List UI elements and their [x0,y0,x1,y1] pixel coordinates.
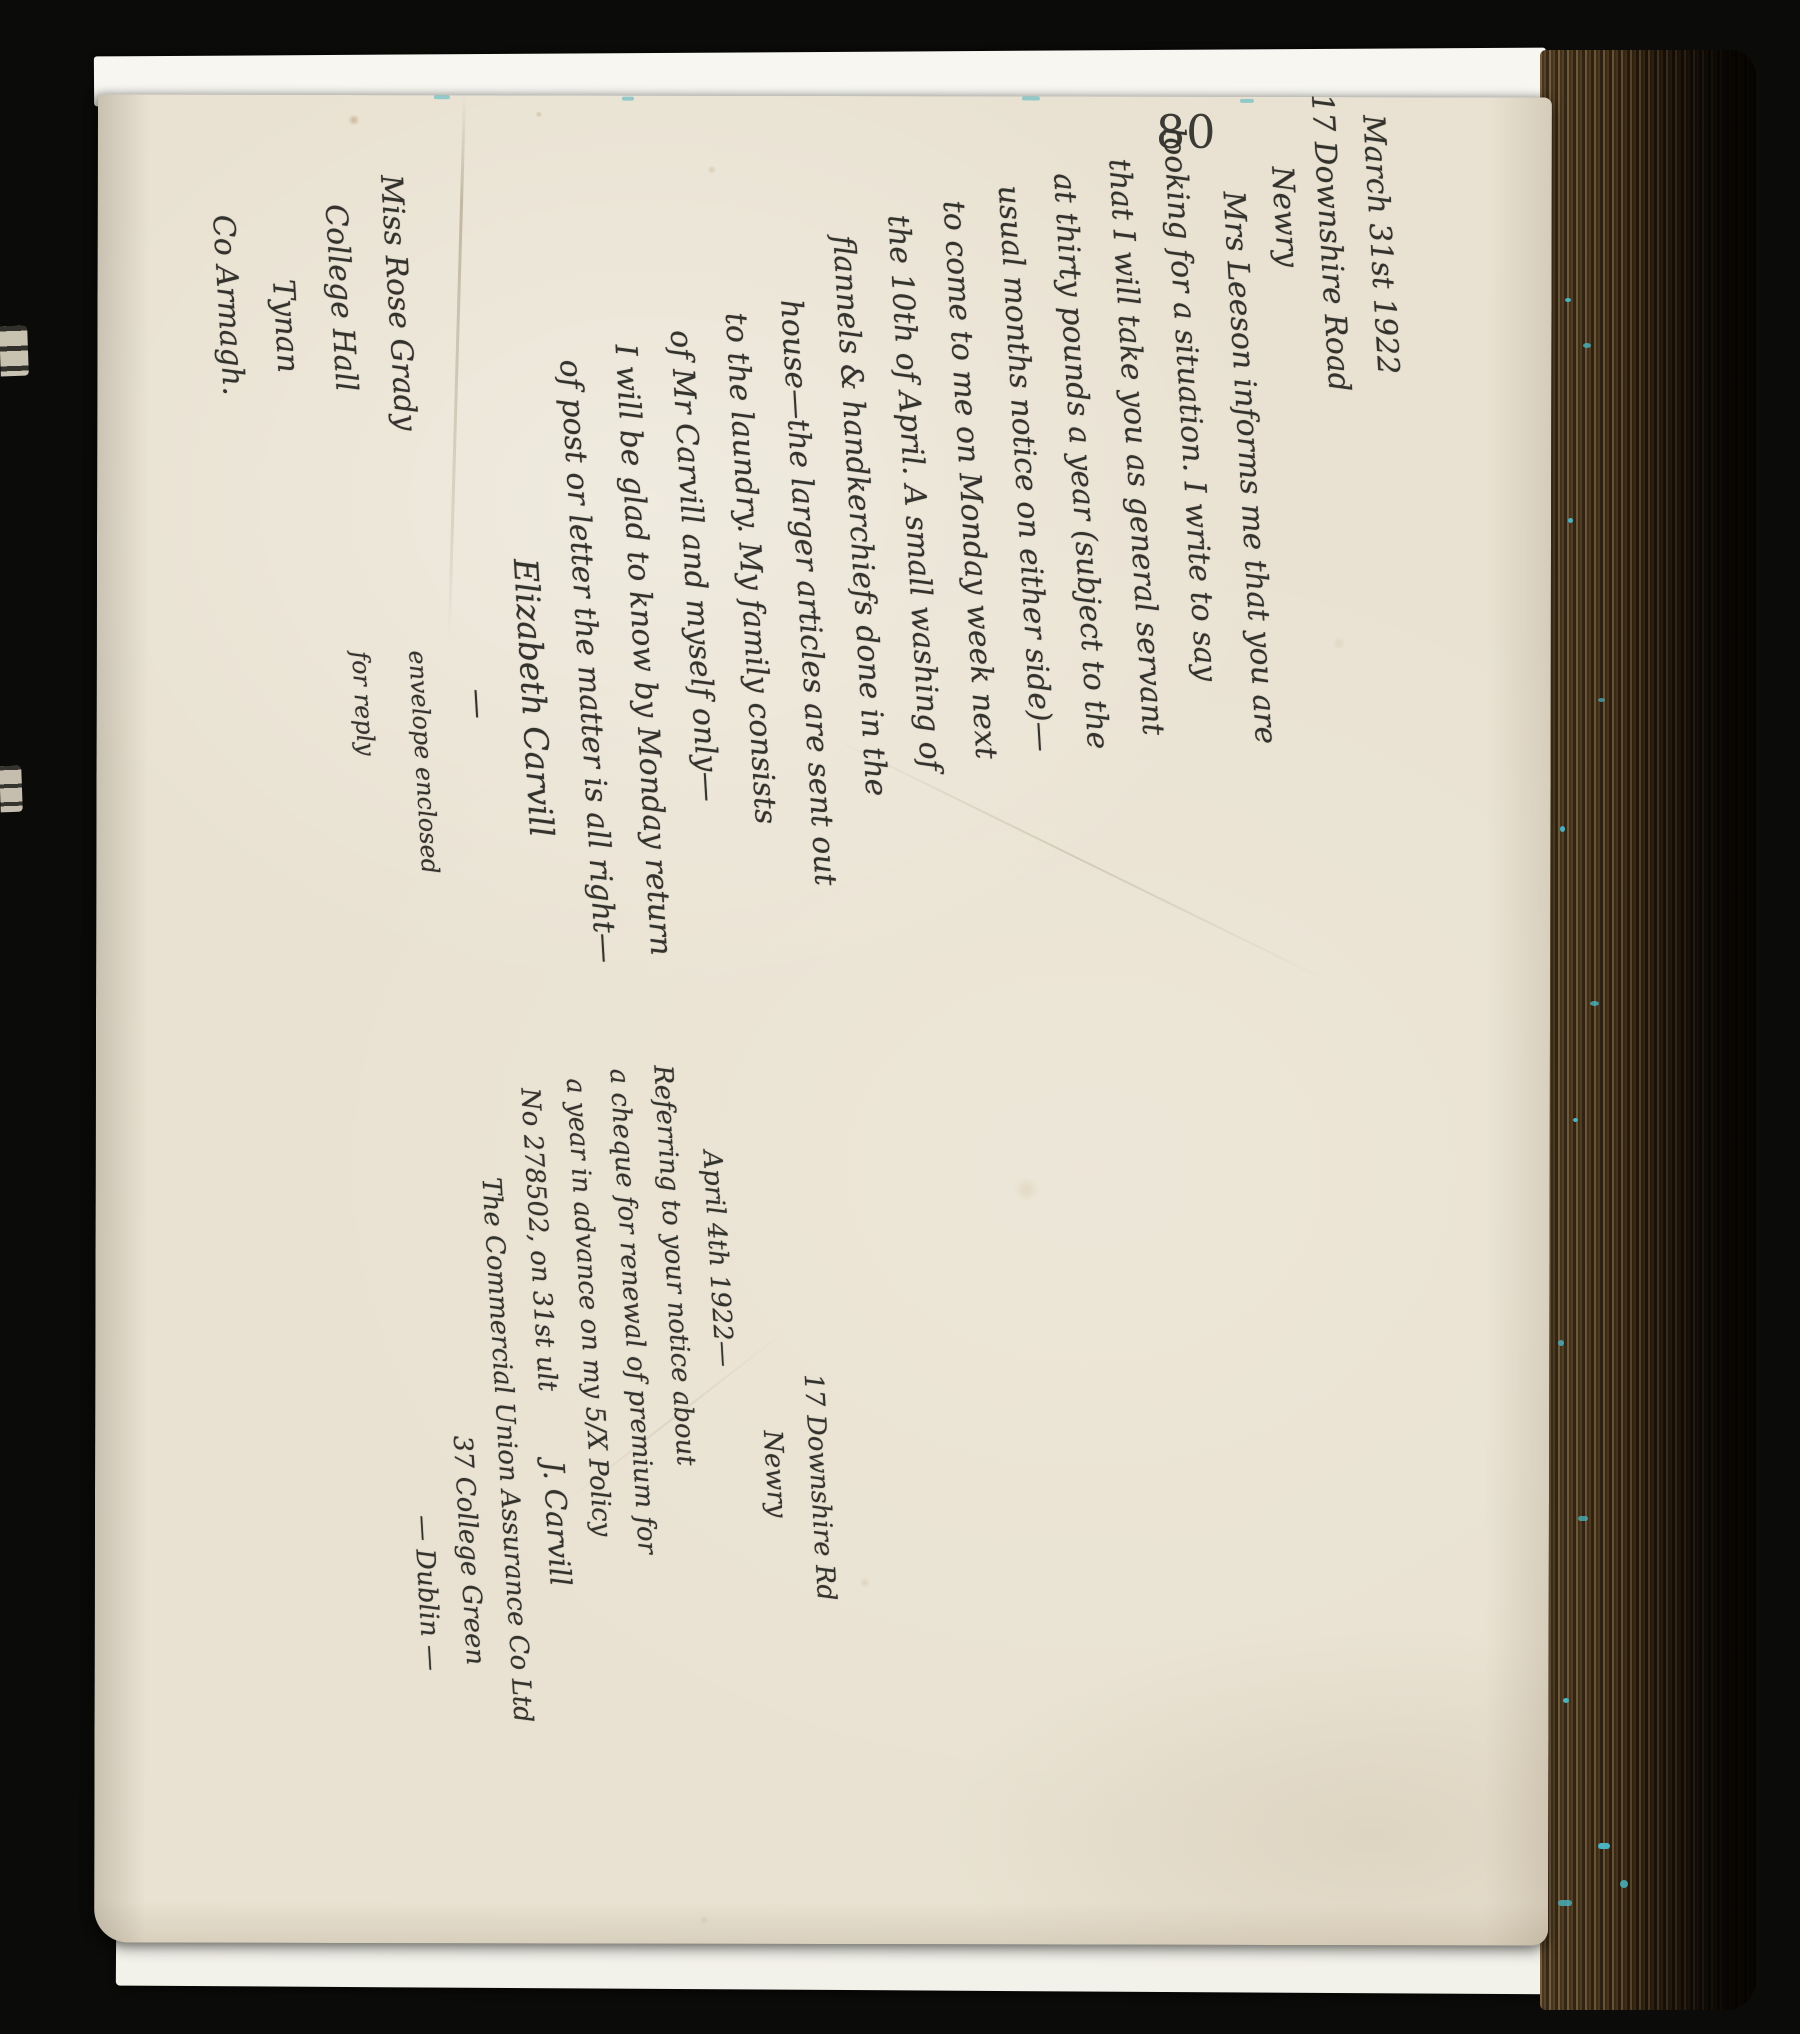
foxing-spot [859,1578,871,1587]
letter1-signature-flourish: — [449,687,515,866]
ink-speckle [1578,1516,1588,1521]
ink-speckle [1558,1340,1564,1346]
letter1-addressee-hall: College Hall [318,203,364,392]
letter-march-31: March 31st 1922 17 Downshire Road Newry … [192,109,1441,879]
ink-speckle [1573,1118,1578,1122]
ink-speckle [1620,1880,1628,1888]
ink-speckle [1568,518,1573,523]
book-photograph: 80 March 31st 1922 17 Downshire Road New… [0,0,1800,2034]
foxing-spot [535,111,543,117]
ink-transfer-mark [622,97,634,101]
ink-speckle [1565,298,1571,302]
letter2-signature: J. Carvill [536,1460,577,1587]
foxing-spot [1012,1178,1042,1200]
ink-speckle [1560,826,1565,832]
ink-speckle [1583,343,1591,348]
ink-speckle [1590,1001,1599,1006]
letter-april-4: 17 Downshire Rd Newry April 4th 1922— Re… [375,1056,854,1721]
letter1-addressee-name: Miss Rose Grady [373,174,423,432]
adjacent-page-fragment [0,766,23,813]
ink-speckle [1558,1900,1572,1906]
letter-book-page: 80 March 31st 1922 17 Downshire Road New… [94,94,1552,1945]
ink-transfer-mark [434,95,450,99]
letter1-note-envelope: envelope enclosed [403,650,444,875]
adjacent-page-fragment [0,326,29,377]
ink-speckle [1598,1843,1610,1849]
ink-speckle [1598,698,1605,702]
ink-transfer-mark [1022,96,1040,100]
foxing-spot [698,1916,710,1925]
letter1-note-reply: for reply [346,650,380,756]
ink-speckle [1563,1698,1569,1703]
book-fore-edge [1540,50,1756,2010]
ink-transfer-mark [1240,99,1254,103]
foxing-spot [347,115,361,125]
